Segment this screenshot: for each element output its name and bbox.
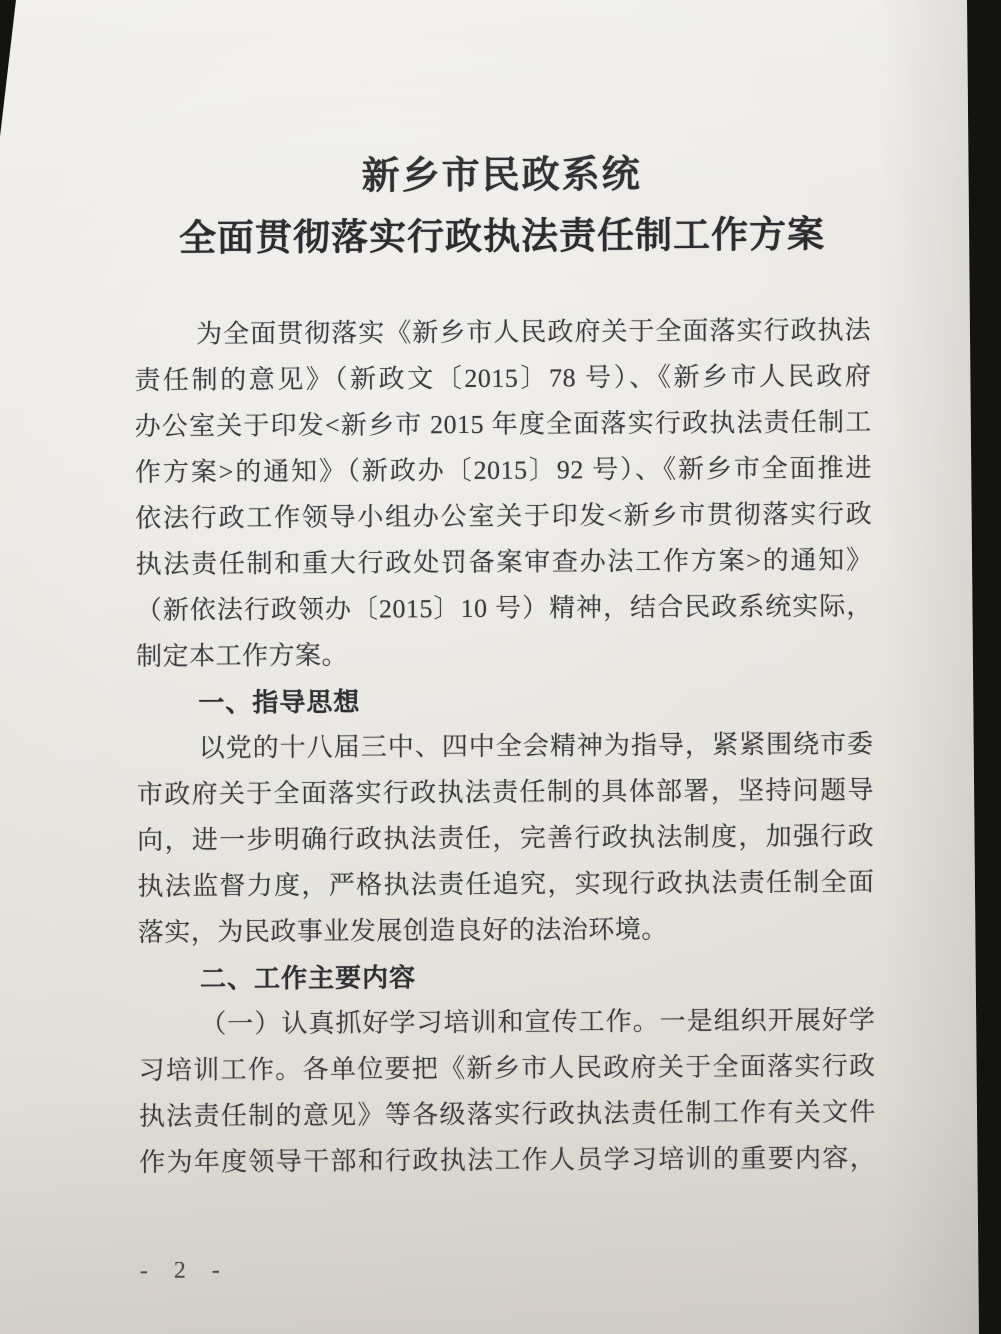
body-line: 执法责任制和重大行政处罚备案审查办法工作方案>的通知》: [135, 537, 872, 588]
body-line: 执法监督力度，严格执法责任追究，实现行政执法责任制全面: [137, 859, 874, 910]
body-line: 习培训工作。各单位要把《新乡市人民政府关于全面落实行政: [138, 1043, 875, 1094]
page-number: - 2 -: [140, 1257, 229, 1285]
body-line: 办公室关于印发<新乡市 2015 年度全面落实行政执法责任制工: [135, 399, 872, 450]
body-line: 落实，为民政事业发展创造良好的法治环境。: [138, 905, 875, 956]
body-line: 作方案>的通知》（新政办〔2015〕92 号）、《新乡市全面推进: [135, 445, 872, 496]
document-title-line2: 全面贯彻落实行政执法责任制工作方案: [133, 203, 870, 262]
body-line: 执法责任制的意见》等各级落实行政执法责任制工作有关文件: [139, 1089, 876, 1140]
section-heading: 一、指导思想: [136, 675, 873, 726]
document-page: 新乡市民政系统 全面贯彻落实行政执法责任制工作方案 为全面贯彻落实《新乡市人民政…: [0, 0, 1001, 1334]
body-line: 作为年度领导干部和行政执法工作人员学习培训的重要内容，: [139, 1135, 876, 1186]
section-heading: 二、工作主要内容: [138, 951, 875, 1002]
body-line: 制定本工作方案。: [136, 629, 873, 680]
document-title-line1: 新乡市民政系统: [133, 141, 870, 201]
body-line: 依法行政工作领导小组办公室关于印发<新乡市贯彻落实行政: [135, 491, 872, 542]
body-line: （一）认真抓好学习培训和宣传工作。一是组织开展好学: [138, 997, 875, 1048]
body-line: （新依法行政领办〔2015〕10 号）精神，结合民政系统实际，: [136, 583, 873, 634]
page-content: 新乡市民政系统 全面贯彻落实行政执法责任制工作方案 为全面贯彻落实《新乡市人民政…: [132, 0, 877, 1334]
body-line: 向，进一步明确行政执法责任，完善行政执法制度，加强行政: [137, 813, 874, 864]
body-line: 市政府关于全面落实行政执法责任制的具体部署，坚持问题导: [137, 767, 874, 818]
document-body: 为全面贯彻落实《新乡市人民政府关于全面落实行政执法 责任制的意见》（新政文〔20…: [134, 307, 876, 1185]
body-line: 为全面贯彻落实《新乡市人民政府关于全面落实行政执法: [134, 307, 871, 358]
body-line: 以党的十八届三中、四中全会精神为指导，紧紧围绕市委: [137, 721, 874, 772]
body-line: 责任制的意见》（新政文〔2015〕78 号）、《新乡市人民政府: [134, 353, 871, 404]
